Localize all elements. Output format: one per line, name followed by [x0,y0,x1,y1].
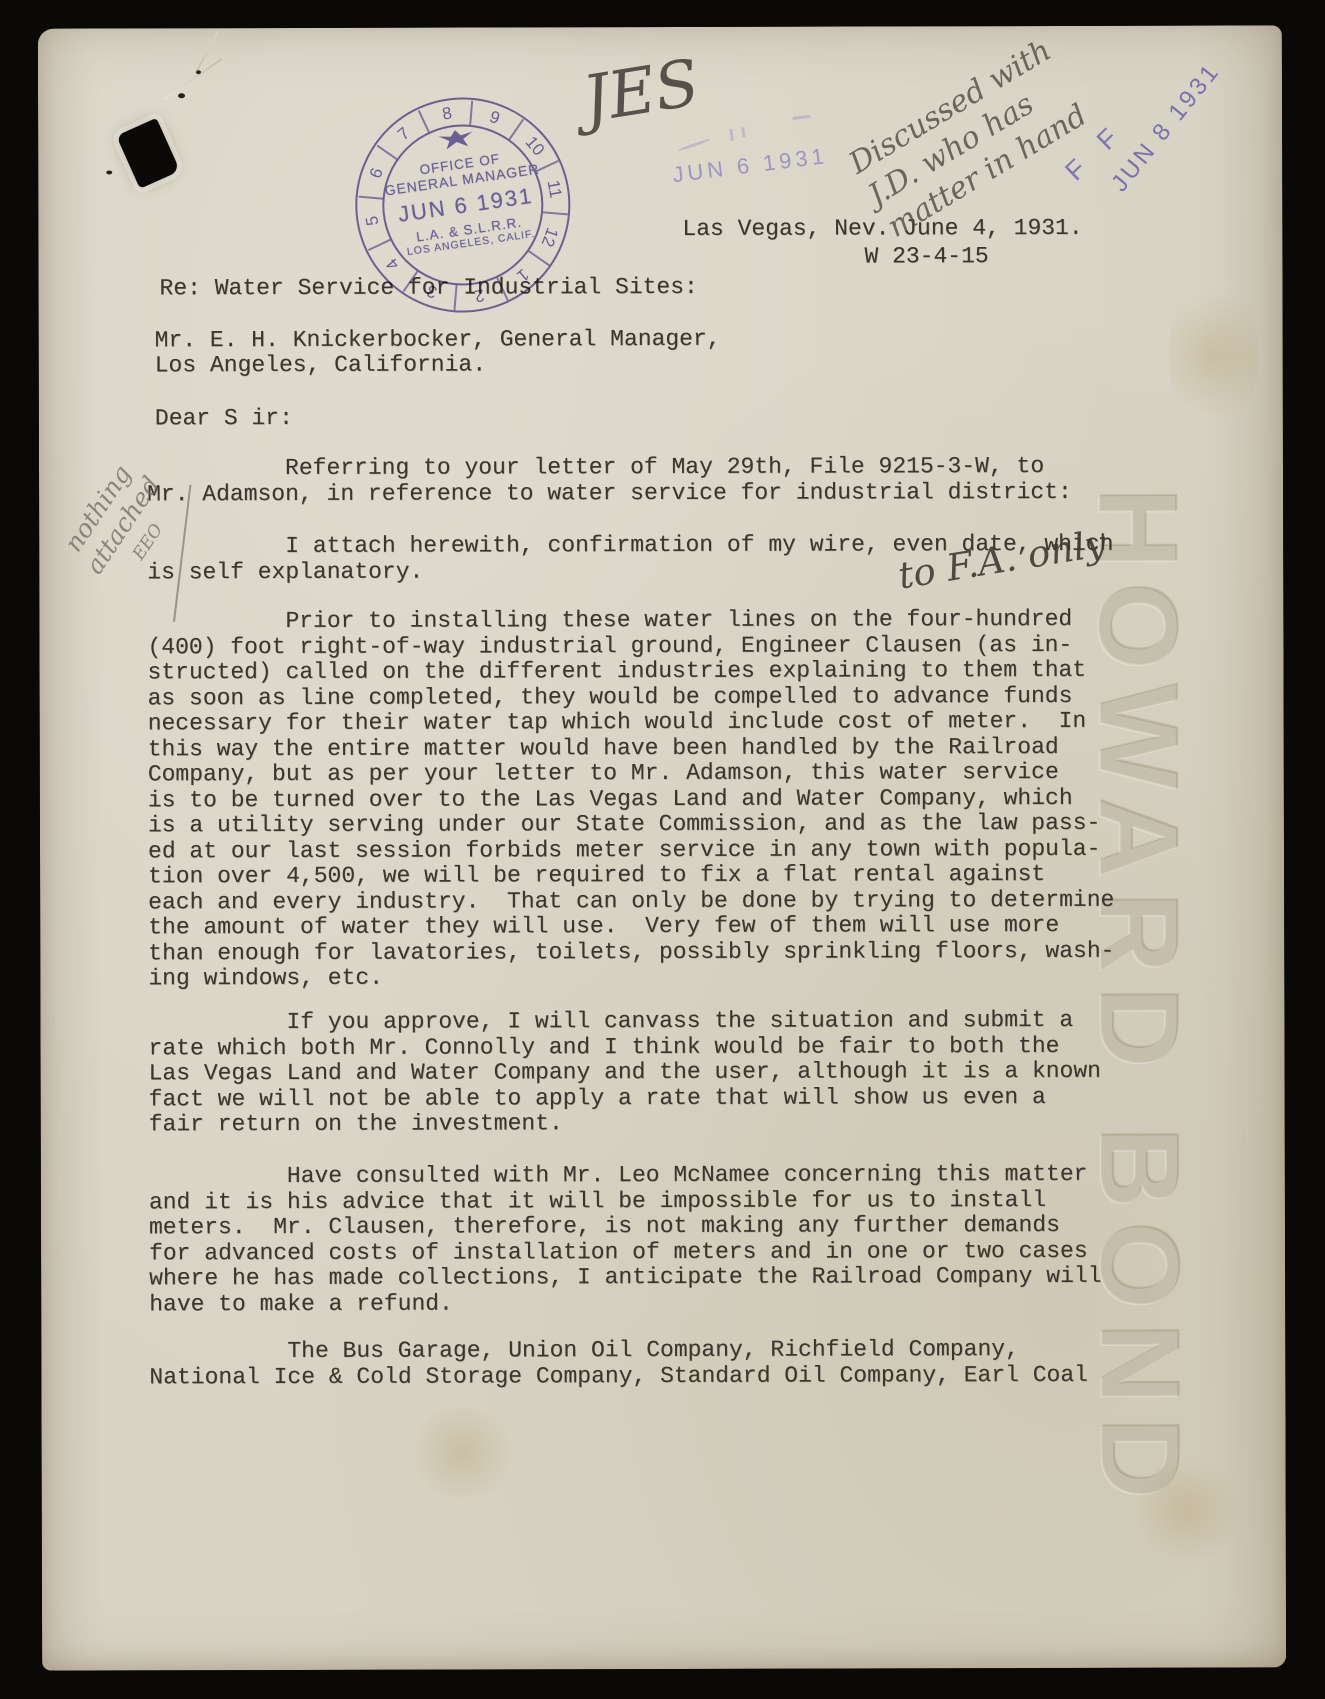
text-line: tion over 4,500, we will be required to … [148,862,1114,890]
text-line: this way the entire matter would have be… [148,734,1114,762]
text-line: where he has made collections, I anticip… [149,1264,1101,1292]
faint-stamp-date: JUN 6 1931 [671,143,829,188]
faint-stamp-mark [792,115,810,120]
faint-stamp-mark [741,127,745,137]
paper-crease [164,58,222,100]
dateline: Las Vegas, Nev. June 4, 1931. [682,216,1082,243]
letter-page: HOWARD BOND Las Vegas, Nev. June 4, 1931… [38,25,1286,1670]
text-line: necessary for their water tap which woul… [148,709,1114,737]
recipient-city: Los Angeles, California. [155,352,486,378]
text-line: as soon as line completed, they would be… [148,683,1114,711]
salutation: Dear S ir: [155,406,293,432]
text-line: meters. Mr. Clausen, therefore, is not m… [149,1213,1101,1241]
text-line: Have consulted with Mr. Leo McNamee conc… [149,1162,1101,1190]
text-line: Las Vegas Land and Water Company and the… [149,1059,1101,1087]
text-line: Company, but as per your letter to Mr. A… [148,760,1114,788]
paragraph-3: Prior to installing these water lines on… [147,607,1114,992]
paragraph-6: The Bus Garage, Union Oil Company, Richf… [149,1337,1088,1390]
dial-number: 8 [437,103,456,126]
text-line: fact we will not be able to apply a rate… [149,1084,1101,1112]
text-line: (400) foot right-of-way industrial groun… [147,632,1113,660]
handwritten-initials: JES [578,46,705,138]
recipient-name: Mr. E. H. Knickerbocker, General Manager… [155,327,721,354]
text-line: The Bus Garage, Union Oil Company, Richf… [149,1337,1088,1365]
paper-stain [1132,1455,1242,1565]
text-line: is a utility serving under our State Com… [148,811,1114,839]
text-line: for advanced costs of installation of me… [149,1238,1101,1266]
general-manager-received-stamp: 123456789101112 OFFICE OF GENERAL MANAGE… [355,97,572,314]
text-line: each and every industry. That can only b… [148,887,1114,915]
paragraph-5: Have consulted with Mr. Leo McNamee conc… [149,1162,1102,1317]
text-line: structed) called on the different indust… [148,658,1114,686]
text-line: rate which both Mr. Connolly and I think… [148,1033,1100,1061]
faint-stamp-mark [677,138,710,152]
scan-background: HOWARD BOND Las Vegas, Nev. June 4, 1931… [0,0,1325,1699]
text-line: the amount of water they will use. Very … [148,913,1114,941]
file-number: W 23-4-15 [864,244,988,270]
faint-stamp-mark [729,129,733,141]
text-line: ed at our last session forbids meter ser… [148,836,1114,864]
paper-speck [106,170,112,174]
text-line: is to be turned over to the Las Vegas La… [148,785,1114,813]
text-line: and it is his advice that it will be imp… [149,1187,1101,1215]
text-line: If you approve, I will canvass the situa… [148,1008,1100,1036]
paper-speck [178,93,185,98]
paper-hole [116,118,180,189]
text-line: ing windows, etc. [148,964,1114,992]
text-line: have to make a refund. [149,1289,1101,1317]
paragraph-4: If you approve, I will canvass the situa… [148,1008,1101,1138]
dial-number: 2 [470,284,489,307]
paper-stain [401,1407,521,1497]
discussed-with-note: Discussed withJ.D. who hasmatter in hand [843,0,1200,246]
text-line: National Ice & Cold Storage Company, Sta… [149,1362,1088,1390]
faint-received-stamp: JUN 6 1931 [667,113,829,188]
text-line: Mr. Adamson, in reference to water servi… [147,479,1072,507]
text-line: Prior to installing these water lines on… [147,607,1113,635]
text-line: than enough for lavatories, toilets, pos… [148,938,1114,966]
paragraph-1: Referring to your letter of May 29th, Fi… [147,454,1072,507]
text-line: Referring to your letter of May 29th, Fi… [147,454,1072,482]
paper-stain [1169,275,1259,435]
text-line: fair return on the investment. [149,1110,1101,1138]
